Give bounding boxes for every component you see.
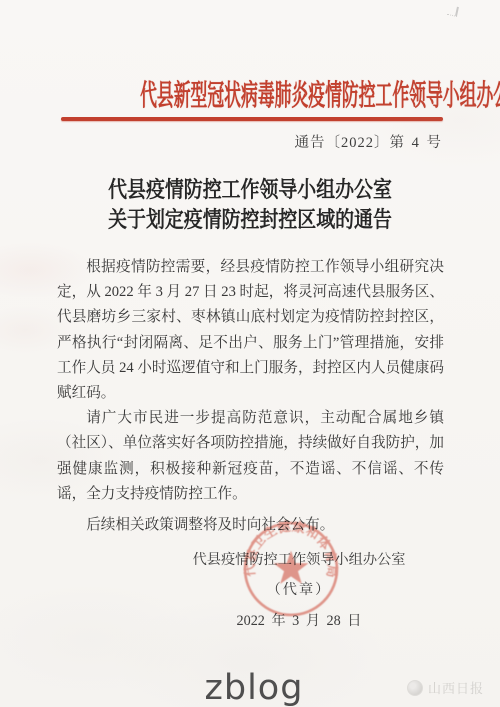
document-page: 代县新型冠状病毒肺炎疫情防控工作领导小组办公室 通告〔2022〕第 4 号 代县… bbox=[0, 0, 500, 707]
body-text: 根据疫情防控需要，经县疫情防控工作领导小组研究决定，从 2022 年 3 月 2… bbox=[57, 255, 444, 538]
header-divider bbox=[61, 117, 443, 121]
official-seal: 代县卫生健康和体育局 bbox=[242, 520, 340, 618]
scan-artifact bbox=[447, 5, 459, 17]
footer-blog-label: zblog bbox=[204, 668, 303, 707]
paragraph: 根据疫情防控需要，经县疫情防控工作领导小组研究决定，从 2022 年 3 月 2… bbox=[57, 255, 444, 406]
doc-title-lines: 代县疫情防控工作领导小组办公室 关于划定疫情防控封控区域的通告 bbox=[108, 175, 392, 235]
shanxi-daily-logo-icon bbox=[407, 680, 423, 696]
doc-number: 通告〔2022〕第 4 号 bbox=[295, 131, 443, 152]
header-org: 代县新型冠状病毒肺炎疫情防控工作领导小组办公室 bbox=[0, 73, 500, 114]
doc-title-line1: 代县疫情防控工作领导小组办公室 bbox=[108, 177, 392, 202]
doc-title: 代县疫情防控工作领导小组办公室 关于划定疫情防控封控区域的通告 bbox=[0, 175, 500, 235]
watermark: 山西日报 bbox=[407, 678, 484, 697]
paragraph: 请广大市民进一步提高防范意识，主动配合属地乡镇（社区）、单位落实好各项防控措施，… bbox=[57, 406, 444, 507]
header-org-text: 代县新型冠状病毒肺炎疫情防控工作领导小组办公室 bbox=[140, 73, 500, 114]
seal-star-icon bbox=[274, 551, 309, 584]
doc-title-line2: 关于划定疫情防控封控区域的通告 bbox=[108, 207, 392, 232]
watermark-brand: 山西日报 bbox=[428, 678, 484, 697]
